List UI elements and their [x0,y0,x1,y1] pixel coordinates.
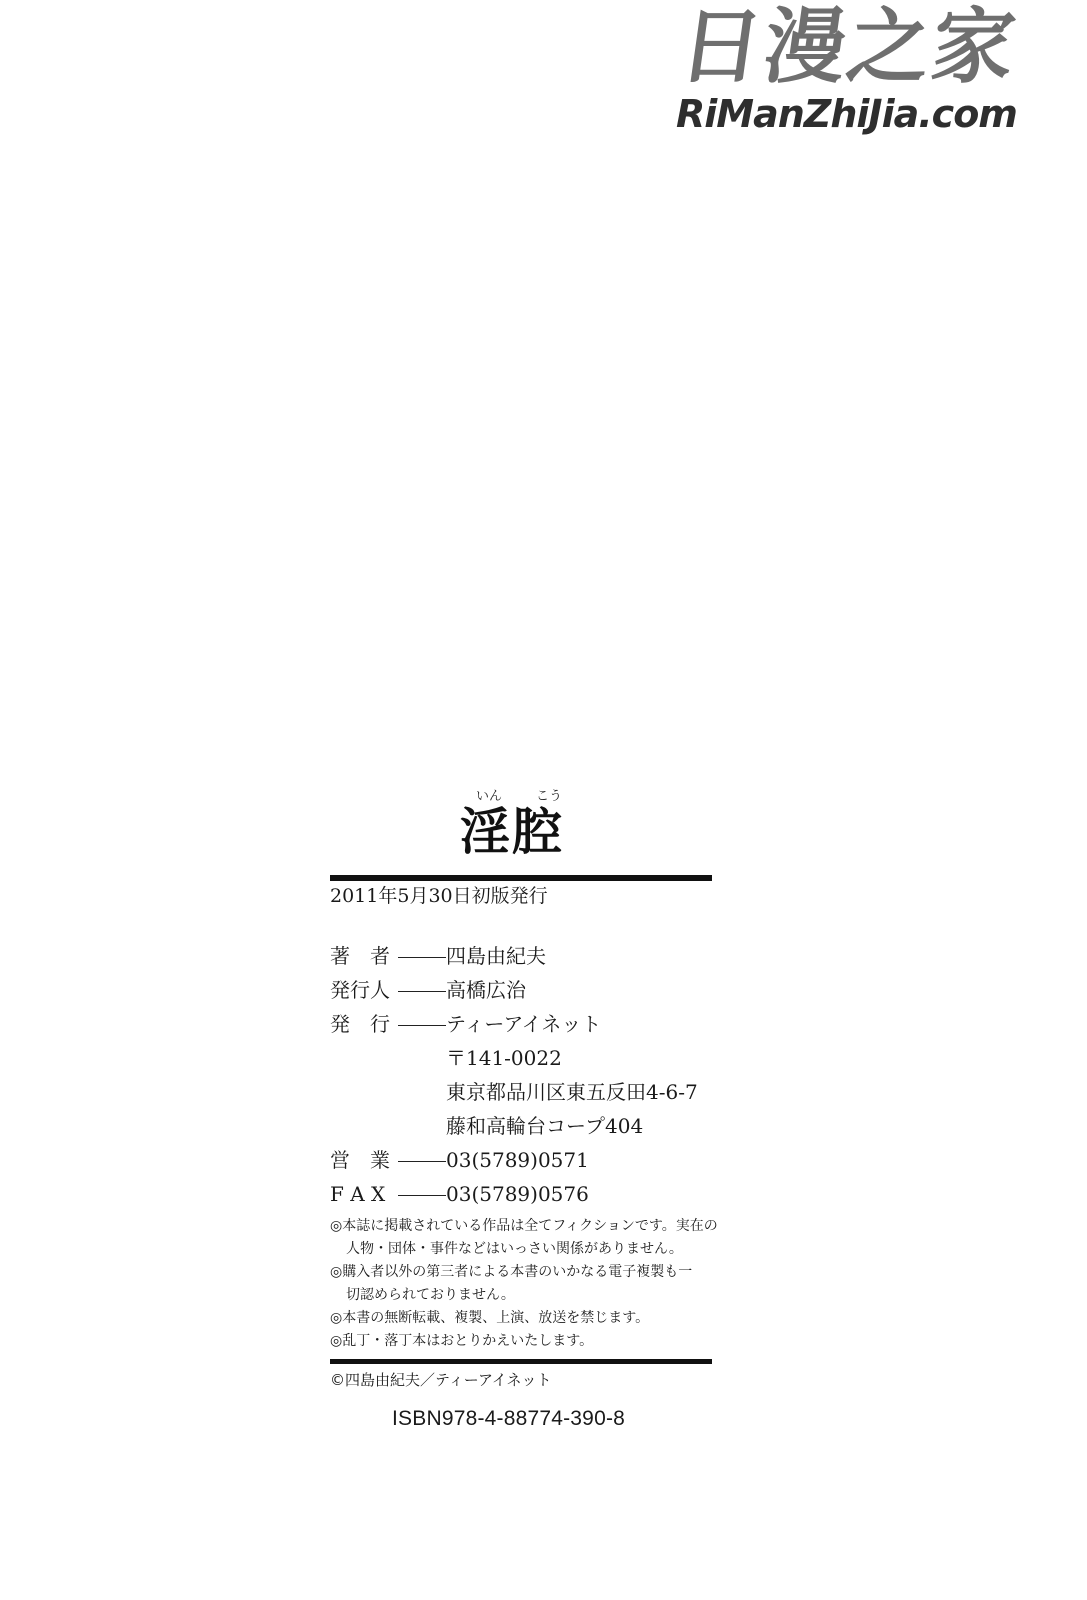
credits-list: 著 者 四島由紀夫 発行人 高橋広治 発 行 ティーアイネット 〒141-002… [330,939,712,1211]
colophon: いん こう 淫腔 2011年5月30日初版発行 著 者 四島由紀夫 発行人 高橋… [330,785,712,1433]
credit-issuer: 発行人 高橋広治 [330,973,712,1007]
contact-fax: F A X 03(5789)0576 [330,1177,712,1211]
ruby-1: いん [476,785,502,804]
contact-value: 03(5789)0576 [446,1177,589,1211]
credit-value: ティーアイネット [446,1007,601,1041]
credit-author: 著 者 四島由紀夫 [330,939,712,973]
book-title: 淫腔 [330,803,712,867]
dash-leader [398,973,446,1007]
contact-value: 03(5789)0571 [446,1143,589,1177]
dash-leader [398,1007,446,1041]
watermark-logo: 日漫之家 RiManZhiJia.com [676,0,1076,135]
address-line-2: 藤和高輪台コープ404 [330,1109,712,1143]
notice-digital-copy-cont: 切認められておりません。 [330,1284,712,1307]
notice-reproduction: ◎本書の無断転載、複製、上演、放送を禁じます。 [330,1307,712,1330]
title-ruby: いん こう [330,785,712,803]
contact-label: F A X [330,1177,398,1211]
legal-notices: ◎本誌に掲載されている作品は全てフィクションです。実在の 人物・団体・事件などは… [330,1215,712,1353]
publication-date: 2011年5月30日初版発行 [330,883,712,913]
dash-leader [398,939,446,973]
credit-label: 著 者 [330,939,398,973]
notice-digital-copy: ◎購入者以外の第三者による本書のいかなる電子複製も一 [330,1261,712,1284]
ruby-2: こう [536,785,562,804]
watermark-url-text: RiManZhiJia.com [676,92,1017,136]
isbn: ISBN978-4-88774-390-8 [330,1405,712,1433]
watermark-chinese-text: 日漫之家 [673,0,1023,96]
address-line-1: 東京都品川区東五反田4-6-7 [330,1075,712,1109]
notice-fiction: ◎本誌に掲載されている作品は全てフィクションです。実在の [330,1215,712,1238]
dash-leader [398,1143,446,1177]
postal-code: 〒141-0022 [330,1041,712,1075]
contact-sales: 営 業 03(5789)0571 [330,1143,712,1177]
credit-publisher: 発 行 ティーアイネット [330,1007,712,1041]
notice-misprint: ◎乱丁・落丁本はおとりかえいたします。 [330,1330,712,1353]
credit-value: 四島由紀夫 [446,939,546,973]
divider-top [330,875,712,881]
dash-leader [398,1177,446,1211]
credit-label: 発行人 [330,973,398,1007]
divider-bottom [330,1359,712,1364]
credit-label: 発 行 [330,1007,398,1041]
copyright: ©四島由紀夫／ティーアイネット [330,1367,712,1393]
notice-fiction-cont: 人物・団体・事件などはいっさい関係がありません。 [330,1238,712,1261]
contact-label: 営 業 [330,1143,398,1177]
credit-value: 高橋広治 [446,973,526,1007]
